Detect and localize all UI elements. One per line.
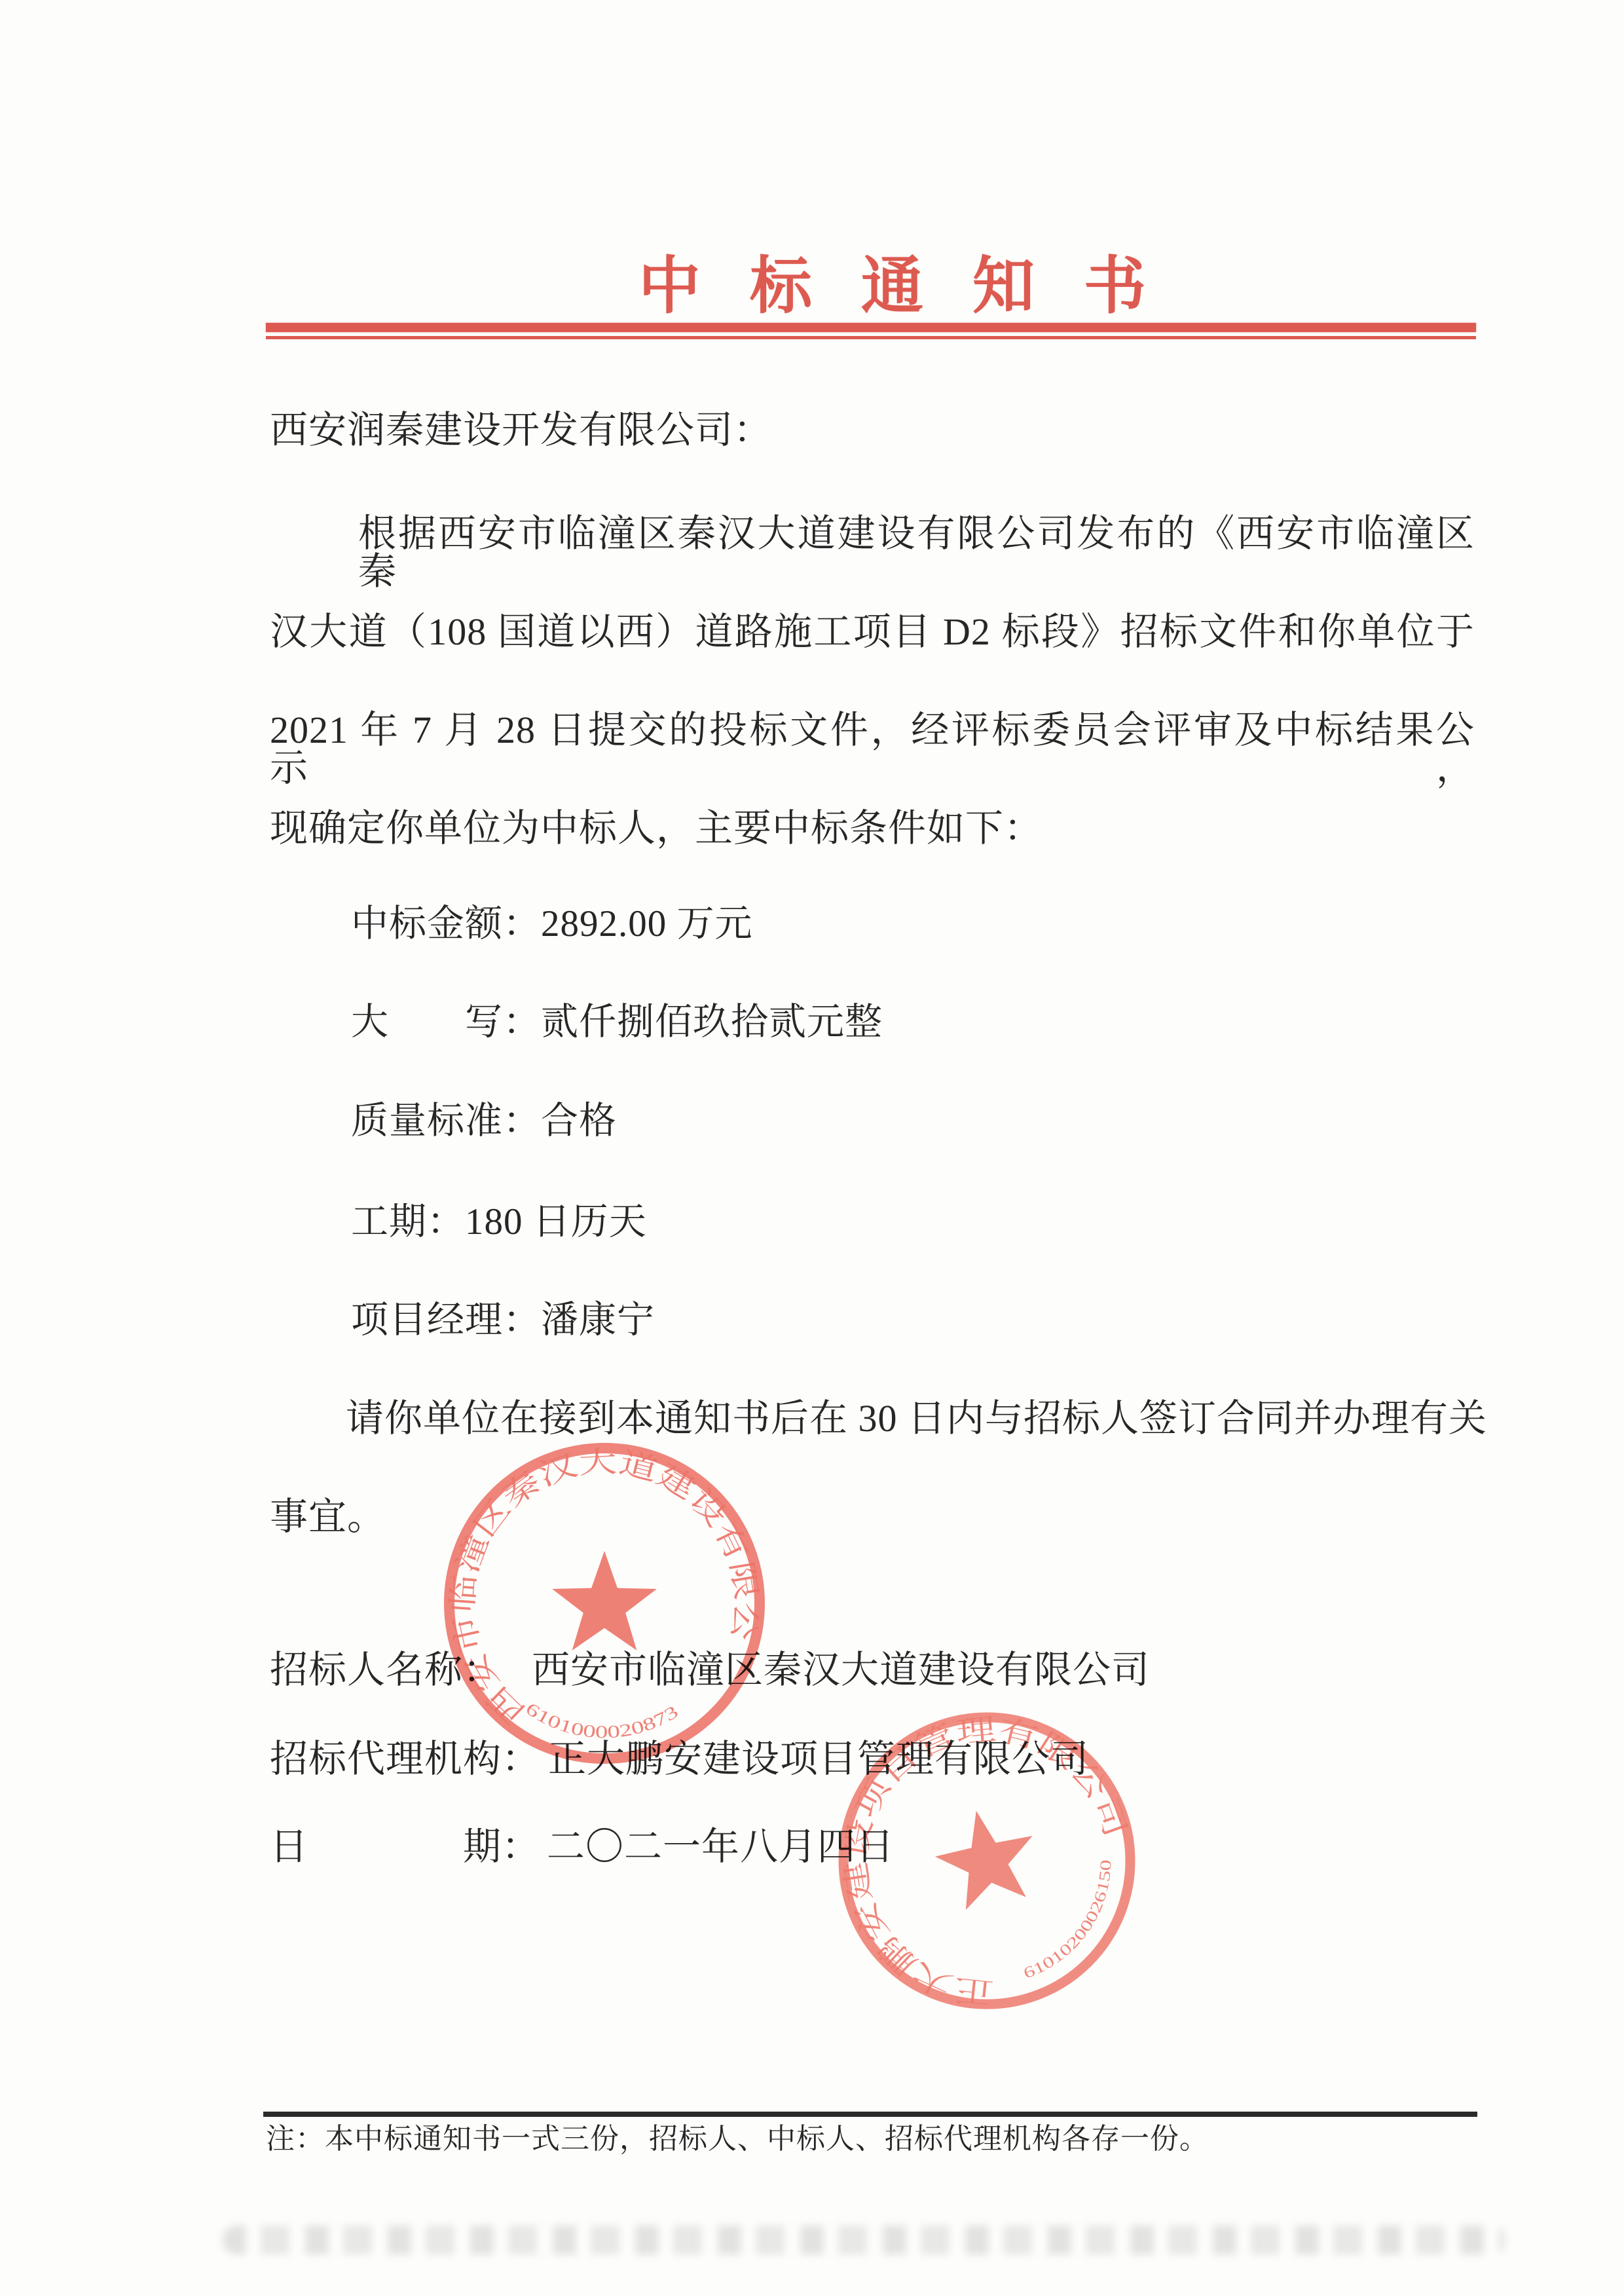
paragraph-line: 2021 年 7 月 28 日提交的投标文件，经评标委员会评审及中标结果公示， — [270, 711, 1475, 787]
detail-label: 项目经理： — [351, 1299, 541, 1341]
detail-label: 大 写： — [351, 1001, 541, 1043]
footer-row-date: 日 期：二〇二一年八月四日 — [270, 1828, 895, 1866]
detail-value: 2892.00 万元 — [541, 903, 753, 944]
paragraph-line: 根据西安市临潼区秦汉大道建设有限公司发布的《西安市临潼区秦 — [358, 515, 1475, 591]
page-title: 中标通知书 — [638, 255, 1195, 318]
detail-label: 中标金额： — [351, 903, 541, 944]
detail-row-quality: 质量标准：合格 — [351, 1102, 617, 1140]
detail-value: 180 日历天 — [465, 1201, 647, 1242]
page-bleed-through — [223, 2226, 1506, 2254]
title-rule-thin — [266, 336, 1476, 339]
detail-label: 工期： — [351, 1201, 465, 1242]
tenderer-seal-stamp: 西安市临潼区秦汉大道建设有限公司 6101000020873 — [439, 1438, 770, 1769]
footnote: 注：本中标通知书一式三份，招标人、中标人、招标代理机构各存一份。 — [266, 2125, 1209, 2154]
seal-star-icon — [552, 1551, 657, 1651]
detail-row-manager: 项目经理：潘康宁 — [351, 1301, 655, 1339]
detail-row-amount-words: 大 写：贰仟捌佰玖拾贰元整 — [351, 1003, 883, 1041]
document-page: 中标通知书 西安润秦建设开发有限公司： 根据西安市临潼区秦汉大道建设有限公司发布… — [0, 0, 1624, 2295]
detail-label: 质量标准： — [351, 1100, 541, 1142]
paragraph-line: 现确定你单位为中标人，主要中标条件如下： — [270, 810, 1043, 848]
paragraph-line: 汉大道（108 国道以西）道路施工项目 D2 标段》招标文件和你单位于 — [270, 613, 1475, 651]
recipient-line: 西安润秦建设开发有限公司： — [270, 411, 772, 449]
footer-label: 日 期： — [270, 1825, 540, 1868]
closing-line: 事宜。 — [270, 1498, 386, 1536]
detail-value: 潘康宁 — [541, 1299, 655, 1341]
footer-rule — [263, 2112, 1477, 2117]
detail-value: 合格 — [541, 1100, 617, 1142]
seal-number-text: 6101000020873 — [522, 1698, 681, 1742]
seal-star-icon — [927, 1801, 1044, 1914]
detail-row-amount: 中标金额：2892.00 万元 — [351, 905, 753, 942]
agency-seal-stamp: 正大鹏安建设项目管理有限公司 61010200026150 — [833, 1707, 1141, 2015]
detail-value: 贰仟捌佰玖拾贰元整 — [541, 1001, 883, 1043]
title-rule-thick — [266, 323, 1476, 332]
detail-row-duration: 工期：180 日历天 — [351, 1203, 647, 1241]
closing-line: 请你单位在接到本通知书后在 30 日内与招标人签订合同并办理有关 — [346, 1400, 1487, 1438]
